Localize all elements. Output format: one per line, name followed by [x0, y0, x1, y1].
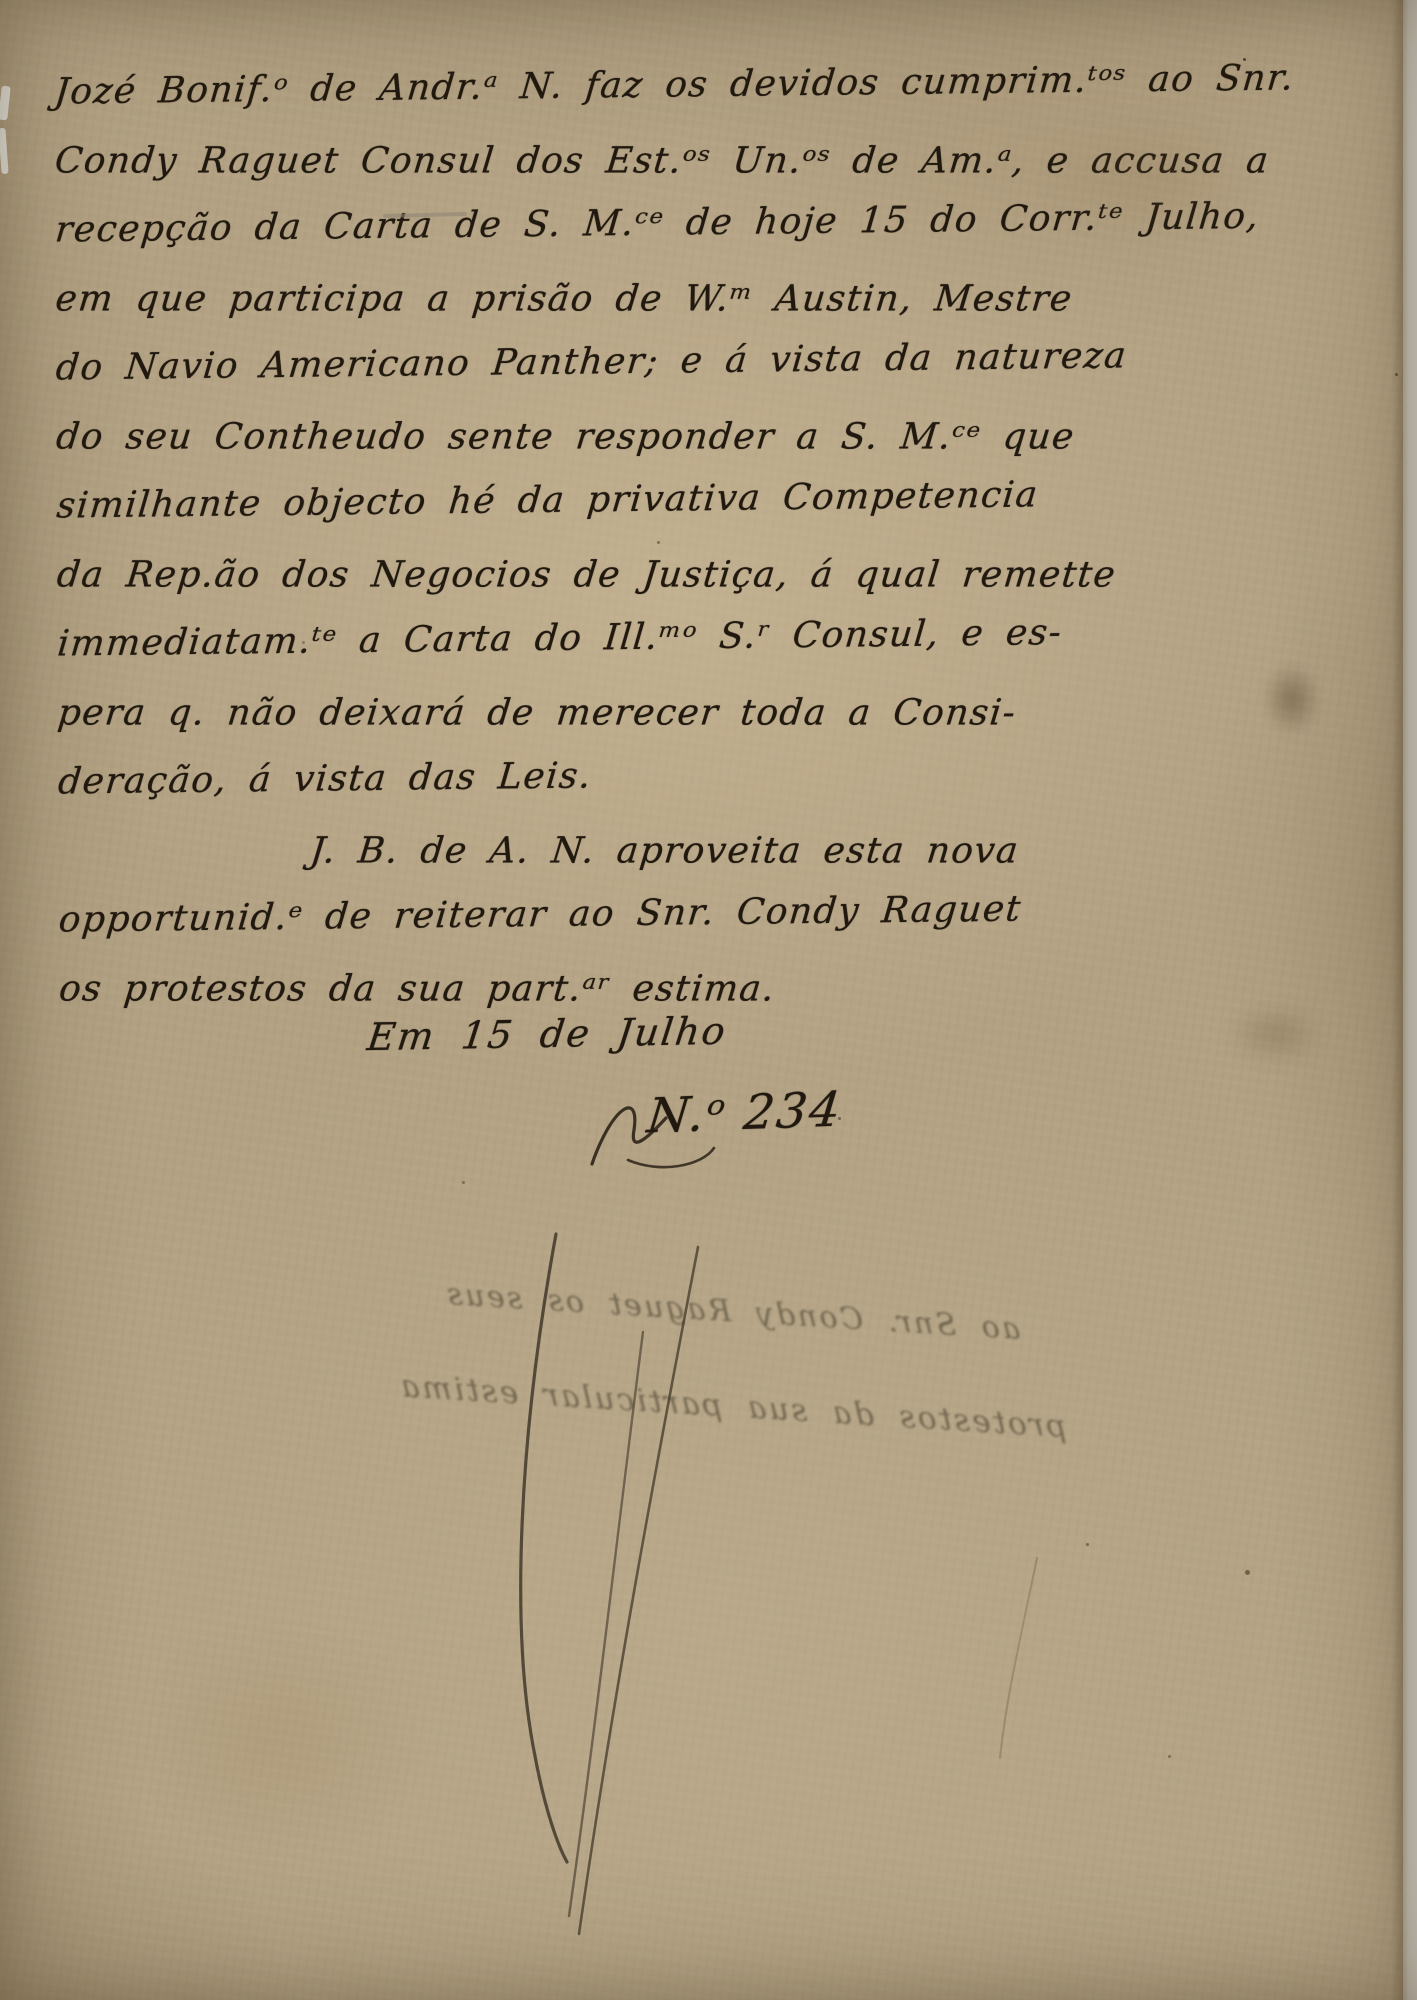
manuscript-line: immediatam.ᵗᵉ a Carta do Ill.ᵐᵒ S.ʳ Cons…	[54, 594, 1411, 678]
date-line: Em 15 de Julho	[365, 1009, 730, 1059]
manuscript-line: do Navio Americano Panther; e á vista da…	[53, 318, 1410, 402]
letter-body: Jozé Bonif.ᵒ de Andr.ᵃ N. faz os devidos…	[54, 50, 1409, 1023]
paper-stain	[140, 1630, 420, 1850]
manuscript-line: deração, á vista das Leis.	[55, 732, 1412, 816]
ink-bleedthrough: ao Snr. Condy Raguet os seus protestos d…	[145, 1230, 1075, 1474]
manuscript-page: Jozé Bonif.ᵒ de Andr.ᵃ N. faz os devidos…	[0, 0, 1417, 2000]
manuscript-line: recepção da Carta de S. M.ᶜᵉ de hoje 15 …	[52, 180, 1409, 264]
manuscript-line: os protestos da sua part.ᵃʳ estima.	[56, 955, 1413, 1024]
ink-specks	[0, 0, 3, 3]
manuscript-line: opportunid.ᵉ de reiterar ao Snr. Condy R…	[56, 870, 1413, 954]
paper-edge-shadow	[1391, 0, 1403, 2000]
manuscript-line: Jozé Bonif.ᵒ de Andr.ᵃ N. faz os devidos…	[51, 42, 1408, 126]
manuscript-line: similhante objecto hé da privativa Compe…	[54, 456, 1411, 540]
scan-background-strip	[1403, 0, 1417, 2000]
paper-chip	[0, 128, 9, 174]
paper-chip	[0, 86, 11, 121]
document-number: N.ᵒ 234	[645, 1082, 845, 1145]
